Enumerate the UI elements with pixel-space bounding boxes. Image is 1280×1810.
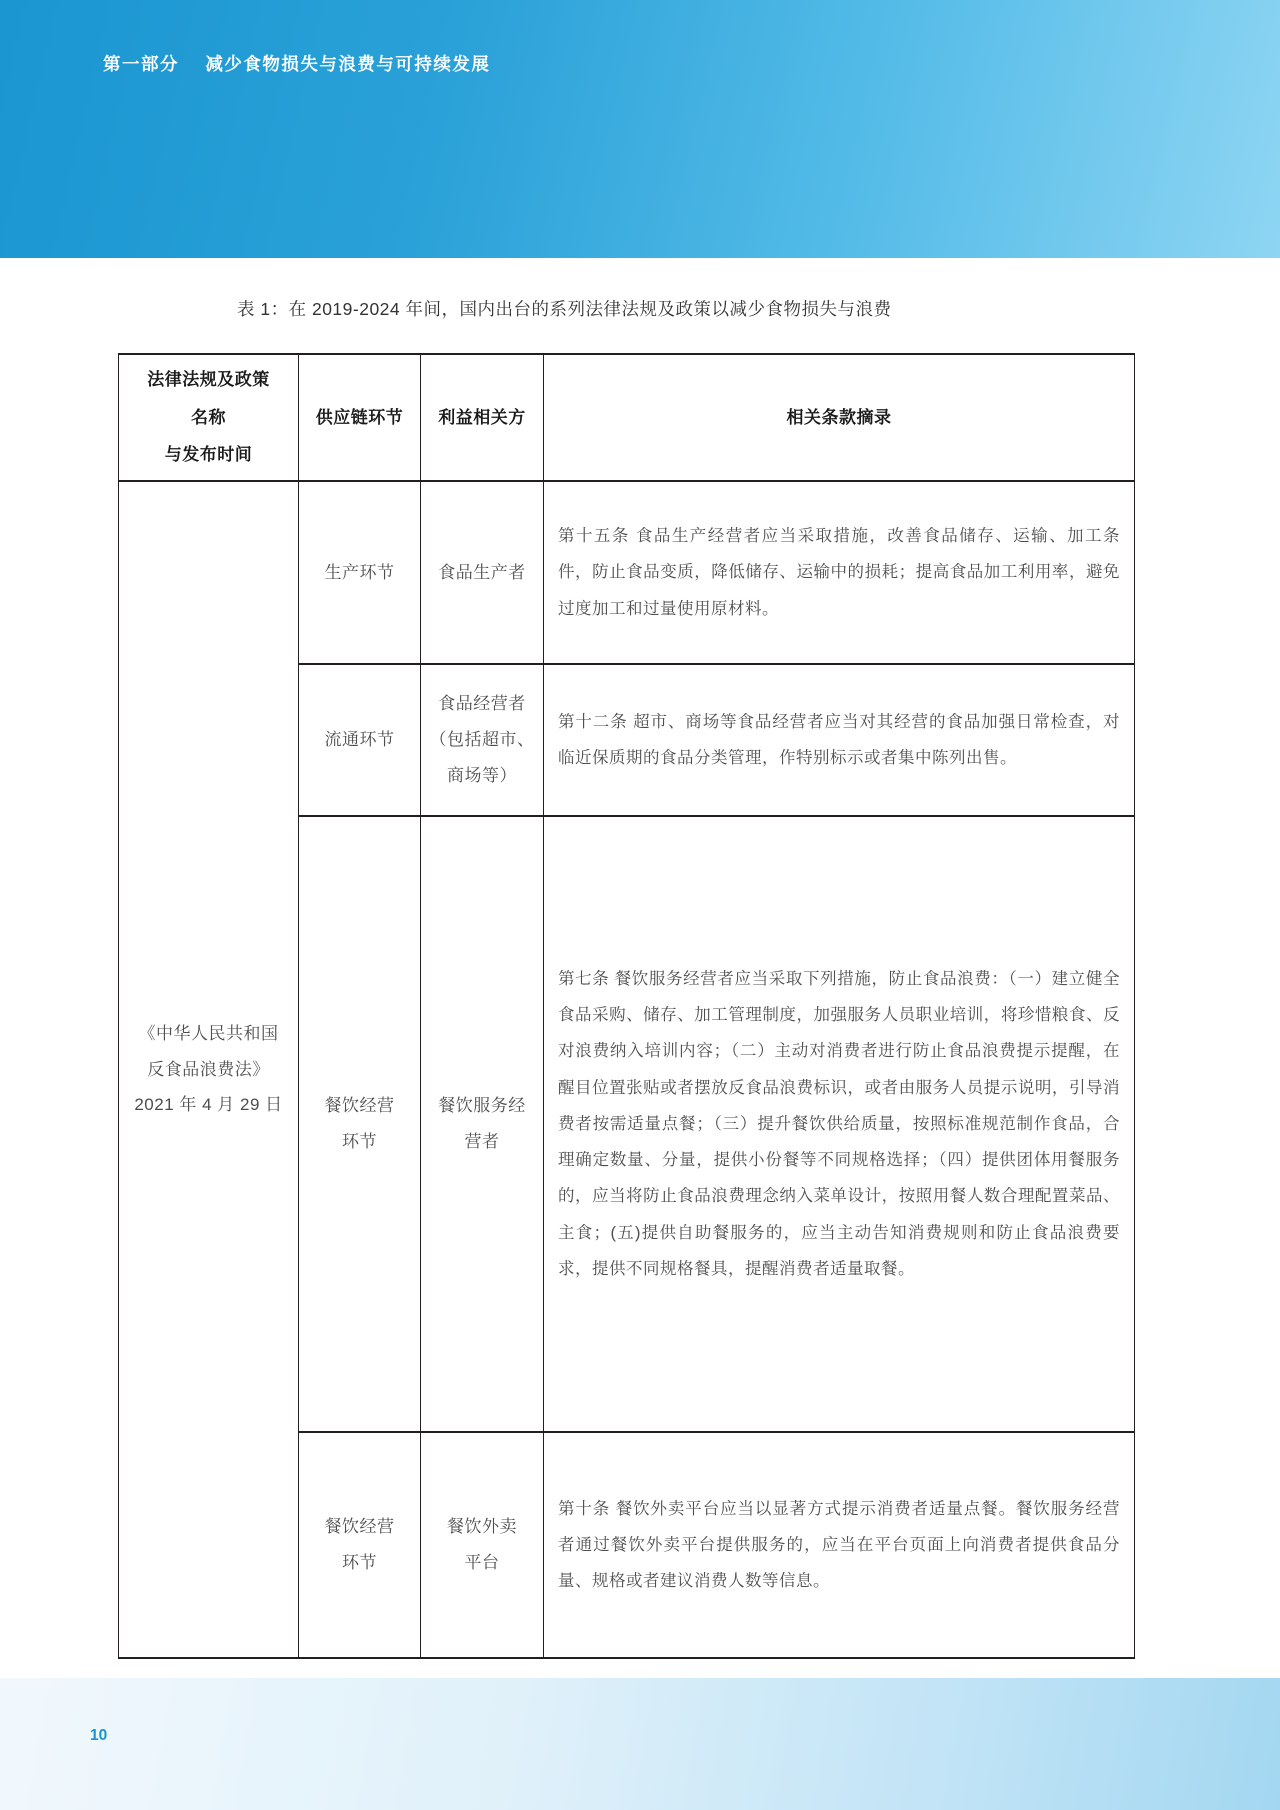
stakeholder-cell: 餐饮服务经 营者 — [421, 816, 544, 1432]
excerpt-cell: 第十五条 食品生产经营者应当采取措施，改善食品储存、运输、加工条件，防止食品变质… — [544, 481, 1135, 664]
law-name-cell: 《中华人民共和国 反食品浪费法》 2021 年 4 月 29 日 — [119, 481, 299, 1658]
regulations-table: 法律法规及政策 名称 与发布时间 供应链环节 利益相关方 相关条款摘录 《中华人… — [118, 353, 1135, 1659]
table-header-row: 法律法规及政策 名称 与发布时间 供应链环节 利益相关方 相关条款摘录 — [119, 354, 1135, 481]
page-number: 10 — [90, 1727, 107, 1745]
section-label: 第一部分 — [103, 54, 179, 74]
page-footer-band: 10 — [0, 1678, 1280, 1810]
col-header-supply-chain: 供应链环节 — [299, 354, 421, 481]
supply-chain-cell: 餐饮经营 环节 — [299, 816, 421, 1432]
section-heading: 第一部分 减少食物损失与浪费与可持续发展 — [103, 51, 490, 76]
excerpt-cell: 第七条 餐饮服务经营者应当采取下列措施，防止食品浪费：（一）建立健全食品采购、储… — [544, 816, 1135, 1432]
stakeholder-cell: 食品生产者 — [421, 481, 544, 664]
col-header-stakeholder: 利益相关方 — [421, 354, 544, 481]
excerpt-cell: 第十条 餐饮外卖平台应当以显著方式提示消费者适量点餐。餐饮服务经营者通过餐饮外卖… — [544, 1432, 1135, 1658]
supply-chain-cell: 餐饮经营 环节 — [299, 1432, 421, 1658]
col-header-law-name: 法律法规及政策 名称 与发布时间 — [119, 354, 299, 481]
col-header-excerpt: 相关条款摘录 — [544, 354, 1135, 481]
table-caption: 表 1：在 2019-2024 年间，国内出台的系列法律法规及政策以减少食物损失… — [237, 296, 892, 321]
stakeholder-cell: 食品经营者 （包括超市、 商场等） — [421, 664, 544, 816]
section-title: 减少食物损失与浪费与可持续发展 — [205, 54, 490, 74]
page-header-band: 第一部分 减少食物损失与浪费与可持续发展 — [0, 0, 1280, 258]
excerpt-cell: 第十二条 超市、商场等食品经营者应当对其经营的食品加强日常检查，对临近保质期的食… — [544, 664, 1135, 816]
table-row: 《中华人民共和国 反食品浪费法》 2021 年 4 月 29 日 生产环节 食品… — [119, 481, 1135, 664]
supply-chain-cell: 流通环节 — [299, 664, 421, 816]
stakeholder-cell: 餐饮外卖 平台 — [421, 1432, 544, 1658]
supply-chain-cell: 生产环节 — [299, 481, 421, 664]
